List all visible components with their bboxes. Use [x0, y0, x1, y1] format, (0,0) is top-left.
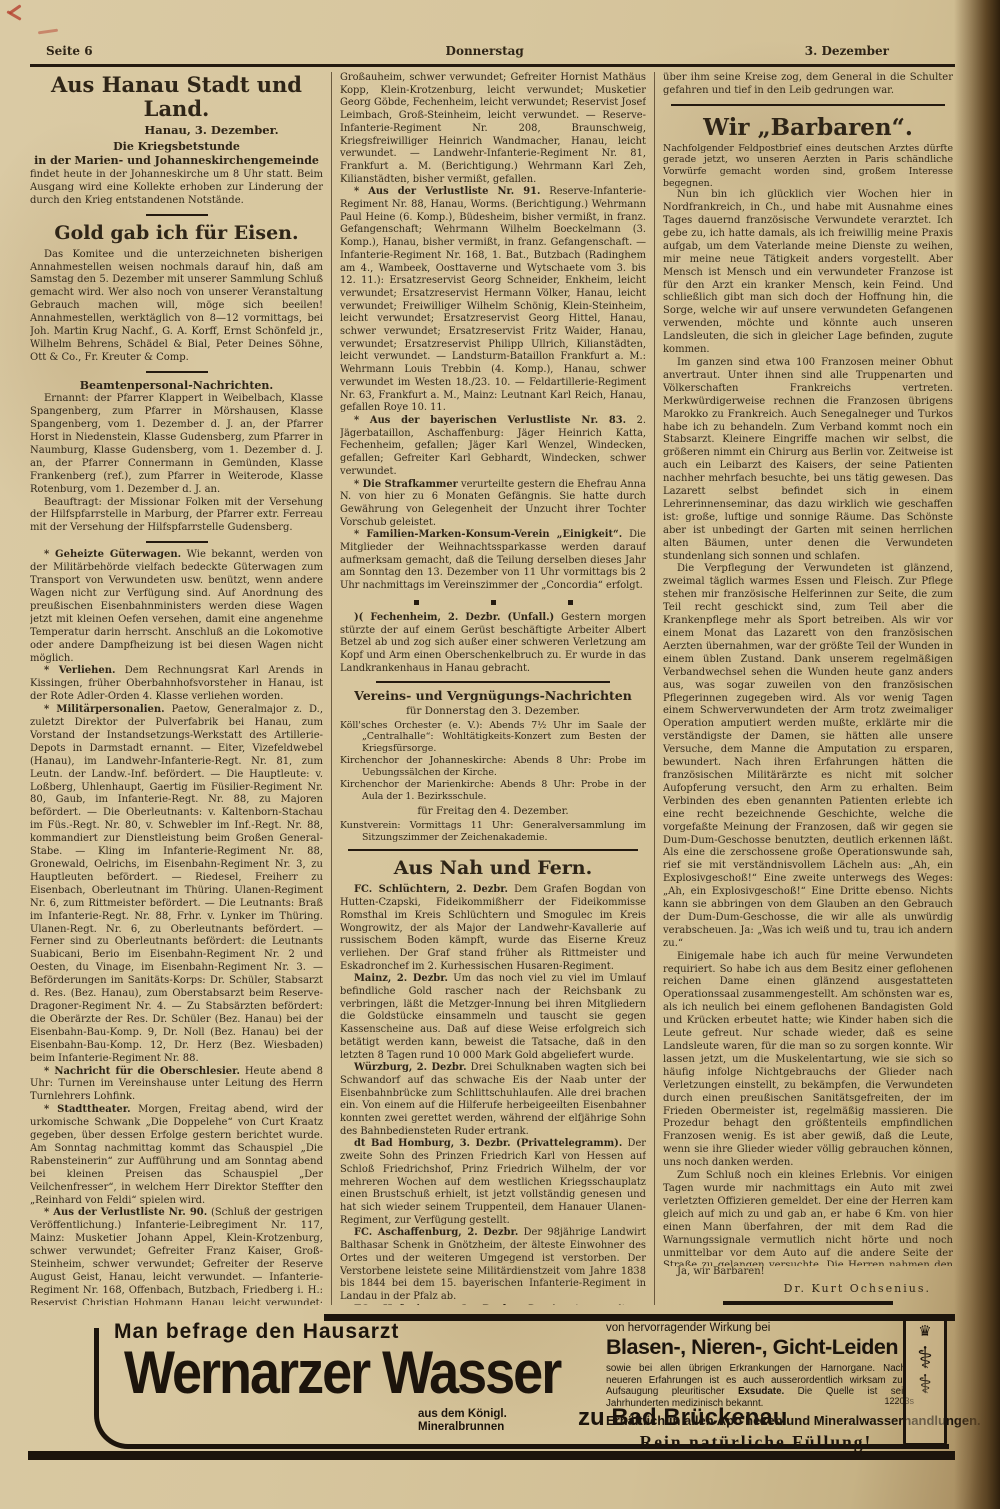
- barbaren-paragraph-1: Nun bin ich glücklich vier Wochen hier i…: [663, 189, 953, 357]
- beamten-head: Beamtenpersonal-Nachrichten.: [30, 379, 323, 393]
- ad-ailments-headline: Blasen-, Nieren-, Gicht-Leiden: [606, 1335, 906, 1360]
- gold-paragraph: Das Komitee und die unterzeichneten bish…: [30, 249, 323, 365]
- column-3: über ihm seine Kreise zog, dem General i…: [663, 72, 953, 1305]
- headline-gold-fuer-eisen: Gold gab ich für Eisen.: [30, 222, 323, 245]
- column-3-body: über ihm seine Kreise zog, dem General i…: [663, 72, 953, 1266]
- item-lead: FC. Schlüchtern, 2. Dezbr.: [354, 884, 508, 895]
- schluechtern-item: FC. Schlüchtern, 2. Dezbr. Dem Grafen Bo…: [340, 884, 646, 973]
- barbaren-intro: Nachfolgender Feldpostbrief eines deutsc…: [663, 143, 953, 189]
- vereins-entry: Kunstverein: Vormittags 11 Uhr: Generalv…: [340, 820, 646, 844]
- ad-sub1b: Mineralbrunnen: [418, 1421, 507, 1434]
- advertisement-wernarzer-wasser: Man befrage den Hausarzt Wernarzer Wasse…: [28, 1312, 955, 1460]
- item-lead: * Aus der bayerischen Verlustliste Nr. 8…: [354, 415, 626, 426]
- page-header: Seite 6 Donnerstag 3. Dezember: [30, 44, 955, 62]
- einigkeit-item: * Familien-Marken-Konsum-Verein „Einigke…: [340, 529, 646, 593]
- item-lead: FC. Aschaffenburg, 2. Dezbr.: [354, 1227, 518, 1238]
- header-rule: [30, 64, 955, 67]
- ad-brand-name: Wernarzer Wasser: [124, 1338, 560, 1407]
- verliehen-item: * Verliehen. Dem Rechnungsrat Karl Arend…: [30, 665, 323, 704]
- article-end-rule: [723, 1301, 893, 1305]
- aesculapius-staff-icon: ♛ ⚕ ⚕: [903, 1318, 947, 1446]
- ernannt-paragraph: Ernannt: der Pfarrer Klappert in Weibelb…: [30, 393, 323, 496]
- item-body: Reserve-Infanterie-Regiment Nr. 88, Hana…: [340, 186, 646, 413]
- item-lead: * Stadttheater.: [44, 1104, 131, 1115]
- column-rule: [654, 72, 655, 1305]
- page-number: Seite 6: [46, 44, 93, 58]
- red-pencil-mark: [38, 29, 58, 35]
- ad-right-section: von hervorragender Wirkung bei Blasen-, …: [606, 1322, 906, 1453]
- book-binding-edge: [954, 0, 1000, 1509]
- item-body: (Schluß der gestrigen Veröffentlichung.)…: [30, 1207, 323, 1305]
- militaerpersonalien-item: * Militärpersonalien. Paetow, Generalmaj…: [30, 704, 323, 1065]
- item-lead: Würzburg, 2. Dezbr.: [354, 1062, 467, 1073]
- section-rule: [376, 681, 610, 683]
- item-body: Der zweite Sohn des Prinzen Friedrich Ka…: [340, 1138, 646, 1225]
- kriegsbetstunde-head1: Die Kriegsbetstunde: [30, 140, 323, 154]
- barbaren-paragraph-2: Im ganzen sind etwa 100 Franzosen meiner…: [663, 357, 953, 564]
- ad-body-exsudate: Exsudate.: [738, 1386, 784, 1397]
- item-lead: * Familien-Marken-Konsum-Verein „Einigke…: [354, 529, 622, 540]
- stadttheater-item: * Stadttheater. Morgen, Freitag abend, w…: [30, 1104, 323, 1207]
- hofgeismar-continuation: über ihm seine Kreise zog, dem General i…: [663, 72, 953, 98]
- ad-mineralbrunnen-line: aus dem Königl. Mineralbrunnen: [418, 1408, 507, 1433]
- bayerische-verlustliste-item: * Aus der bayerischen Verlustliste Nr. 8…: [340, 415, 646, 479]
- kriegsbetstunde-paragraph: findet heute in der Johanneskirche um 8 …: [30, 169, 323, 208]
- barbaren-paragraph-3: Die Verpflegung der Verwundeten ist glän…: [663, 563, 953, 950]
- article-columns: Aus Hanau Stadt und Land. Hanau, 3. Deze…: [30, 72, 955, 1305]
- section-divider: [146, 214, 208, 216]
- item-body: Morgen, Freitag abend, wird der urkomisc…: [30, 1104, 323, 1205]
- section-rule: [671, 104, 945, 106]
- item-lead: Mainz, 2. Dezbr.: [354, 973, 448, 984]
- newspaper-page: Seite 6 Donnerstag 3. Dezember Aus Hanau…: [0, 0, 1000, 1509]
- fechenheim-item: )( Fechenheim, 2. Dezbr. (Unfall.) Geste…: [340, 612, 646, 676]
- vereins-entry: Kirchenchor der Marienkirche: Abends 8 U…: [340, 779, 646, 803]
- item-body: Drei Schulknaben wagten sich bei Schwand…: [340, 1062, 646, 1137]
- section-headline-hanau: Aus Hanau Stadt und Land.: [30, 73, 323, 121]
- item-lead: * Geheizte Güterwagen.: [44, 549, 181, 560]
- barbaren-paragraph-4: Einigemale habe ich auch für meine Verwu…: [663, 951, 953, 1170]
- ad-bottom-bar: [28, 1451, 955, 1460]
- item-lead: * Aus der Verlustliste Nr. 90.: [44, 1207, 207, 1218]
- headline-wir-barbaren: Wir „Barbaren“.: [663, 116, 953, 140]
- section-divider: [146, 371, 208, 373]
- wuerzburg-item: Würzburg, 2. Dezbr. Drei Schulknaben wag…: [340, 1062, 646, 1138]
- item-lead: * Die Strafkammer: [354, 479, 458, 490]
- ad-availability-line: Erhältlich in allen Apo'heken und Minera…: [606, 1413, 906, 1428]
- serpent-staff-icon: ⚕: [918, 1371, 932, 1397]
- vereins-entry: Kirchenchor der Johanneskirche: Abends 8…: [340, 755, 646, 779]
- item-lead: dt Bad Homburg, 3. Dezbr. (Privattelegra…: [354, 1138, 622, 1149]
- beauftragt-paragraph: Beauftragt: der Missionar Folken mit der…: [30, 497, 323, 536]
- item-lead: * Aus der Verlustliste Nr. 91.: [354, 186, 541, 197]
- item-body: Wie bekannt, werden von der Militärbehör…: [30, 549, 323, 663]
- crown-icon: ♛: [918, 1323, 931, 1341]
- item-lead: )( Fechenheim, 2. Dezbr. (Unfall.): [354, 612, 554, 623]
- vereins-head: Vereins- und Vergnügungs-Nachrichten: [340, 689, 646, 703]
- vereins-sub-donnerstag: für Donnerstag den 3. Dezember.: [340, 705, 646, 718]
- ad-effect-intro: von hervorragender Wirkung bei: [606, 1322, 906, 1334]
- ad-sub1a: aus dem Königl.: [418, 1408, 507, 1421]
- mainz-item: Mainz, 2. Dezbr. Um das noch viel zu vie…: [340, 973, 646, 1062]
- vereins-entry: Köll'sches Orchester (e. V.): Abends 7½ …: [340, 720, 646, 756]
- column-rule: [331, 72, 332, 1305]
- vereins-sub-freitag: für Freitag den 4. Dezember.: [340, 805, 646, 818]
- item-body: Der 98jährige Landwirt Balthasar Schenk …: [340, 1227, 646, 1302]
- item-body: Um das noch viel zu viel im Umlauf befin…: [340, 973, 646, 1060]
- strafkammer-item: * Die Strafkammer verurteilte gestern di…: [340, 479, 646, 530]
- headline-nah-und-fern: Aus Nah und Fern.: [340, 857, 646, 880]
- gueterwagen-item: * Geheizte Güterwagen. Wie bekannt, werd…: [30, 549, 323, 665]
- bad-homburg-item: dt Bad Homburg, 3. Dezbr. (Privattelegra…: [340, 1138, 646, 1227]
- item-lead: * Militärpersonalien.: [44, 704, 165, 715]
- section-divider: [146, 541, 208, 543]
- ad-top-bar: [324, 1314, 955, 1321]
- item-lead: * Nachricht für die Oberschlesier.: [44, 1066, 240, 1077]
- column-2: Großauheim, schwer verwundet; Gefreiter …: [340, 72, 646, 1305]
- column-1: Aus Hanau Stadt und Land. Hanau, 3. Deze…: [30, 72, 323, 1305]
- aschaffenburg-item: FC. Aschaffenburg, 2. Dezbr. Der 98jähri…: [340, 1227, 646, 1303]
- barbaren-closing: Ja, wir Barbaren!: [663, 1266, 953, 1279]
- weekday-label: Donnerstag: [446, 44, 524, 58]
- item-lead: FC. Hofgeismar, 2. Dezbr.: [354, 1304, 518, 1305]
- section-rule: [348, 849, 638, 851]
- casualty-continuation: Großauheim, schwer verwundet; Gefreiter …: [340, 72, 646, 186]
- asterisk-divider: [340, 600, 646, 605]
- kriegsbetstunde-head2: in der Marien- und Johanneskirchengemein…: [30, 154, 323, 168]
- author-signature: Dr. Kurt Ochsenius.: [663, 1283, 953, 1296]
- ad-body-text: sowie bei allen übrigen Erkrankungen der…: [606, 1363, 906, 1409]
- dateline: Hanau, 3. Dezember.: [30, 124, 323, 137]
- item-lead: * Verliehen.: [44, 665, 116, 676]
- verlustliste-90-item: * Aus der Verlustliste Nr. 90. (Schluß d…: [30, 1207, 323, 1305]
- item-body: Dem Grafen Bogdan von Hutten-Czapski, Fi…: [340, 884, 646, 971]
- date-label: 3. Dezember: [805, 44, 889, 58]
- verlustliste-91-item: * Aus der Verlustliste Nr. 91. Reserve-I…: [340, 186, 646, 415]
- oberschlesier-item: * Nachricht für die Oberschlesier. Heute…: [30, 1066, 323, 1105]
- item-body: Paetow, Generalmajor z. D., zuletzt Dire…: [30, 704, 323, 1063]
- barbaren-paragraph-5: Zum Schluß noch ein kleines Erlebnis. Vo…: [663, 1170, 953, 1266]
- hofgeismar-item: FC. Hofgeismar, 2. Dezbr. Durch einen se…: [340, 1304, 646, 1305]
